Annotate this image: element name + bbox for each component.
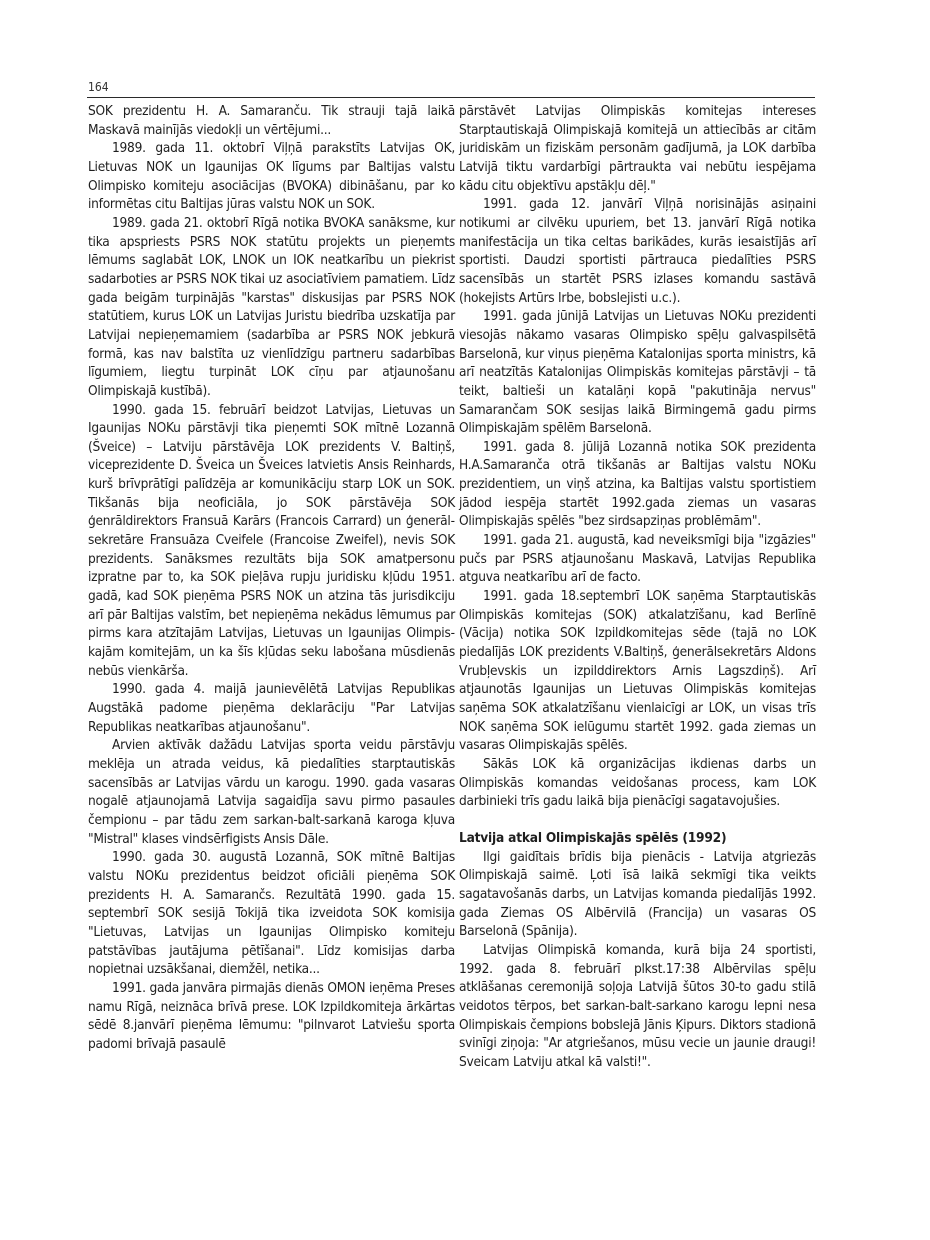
paragraph: 1989. gada 21. oktobrī Rīgā notika BVOKA… xyxy=(88,214,455,401)
header-rule xyxy=(87,97,815,98)
page-number: 164 xyxy=(88,80,109,94)
paragraph: 1991. gada 8. jūlijā Lozannā notika SOK … xyxy=(459,438,816,531)
paragraph: 1990. gada 15. februārī beidzot Latvijas… xyxy=(88,401,455,681)
right-column: pārstāvēt Latvijas Olimpiskās komitejas … xyxy=(459,102,816,1071)
paragraph: 1991. gada 12. janvārī Viļņā norisinājās… xyxy=(459,195,816,307)
paragraph: Sākās LOK kā organizācijas ikdienas darb… xyxy=(459,755,816,811)
paragraph: 1991. gada 18.septembrī LOK saņēma Starp… xyxy=(459,587,816,755)
section-heading: Latvija atkal Olimpiskajās spēlēs (1992) xyxy=(459,829,816,848)
paragraph: pārstāvēt Latvijas Olimpiskās komitejas … xyxy=(459,102,816,195)
paragraph: SOK prezidentu H. A. Samaranču. Tik stra… xyxy=(88,102,455,139)
paragraph: Arvien aktīvāk dažādu Latvijas sporta ve… xyxy=(88,736,455,848)
paragraph: Latvijas Olimpiskā komanda, kurā bija 24… xyxy=(459,941,816,1072)
paragraph: 1990. gada 4. maijā jaunievēlētā Latvija… xyxy=(88,680,455,736)
paragraph: 1989. gada 11. oktobrī Viļņā parakstīts … xyxy=(88,139,455,214)
paragraph: Ilgi gaidītais brīdis bija pienācis - La… xyxy=(459,848,816,941)
paragraph: 1991. gada jūnijā Latvijas un Lietuvas N… xyxy=(459,307,816,438)
paragraph: 1991. gada janvāra pirmajās dienās OMON … xyxy=(88,979,455,1054)
paragraph: 1990. gada 30. augustā Lozannā, SOK mītn… xyxy=(88,848,455,979)
left-column: SOK prezidentu H. A. Samaranču. Tik stra… xyxy=(88,102,455,1053)
paragraph: 1991. gada 21. augustā, kad neveiksmīgi … xyxy=(459,531,816,587)
